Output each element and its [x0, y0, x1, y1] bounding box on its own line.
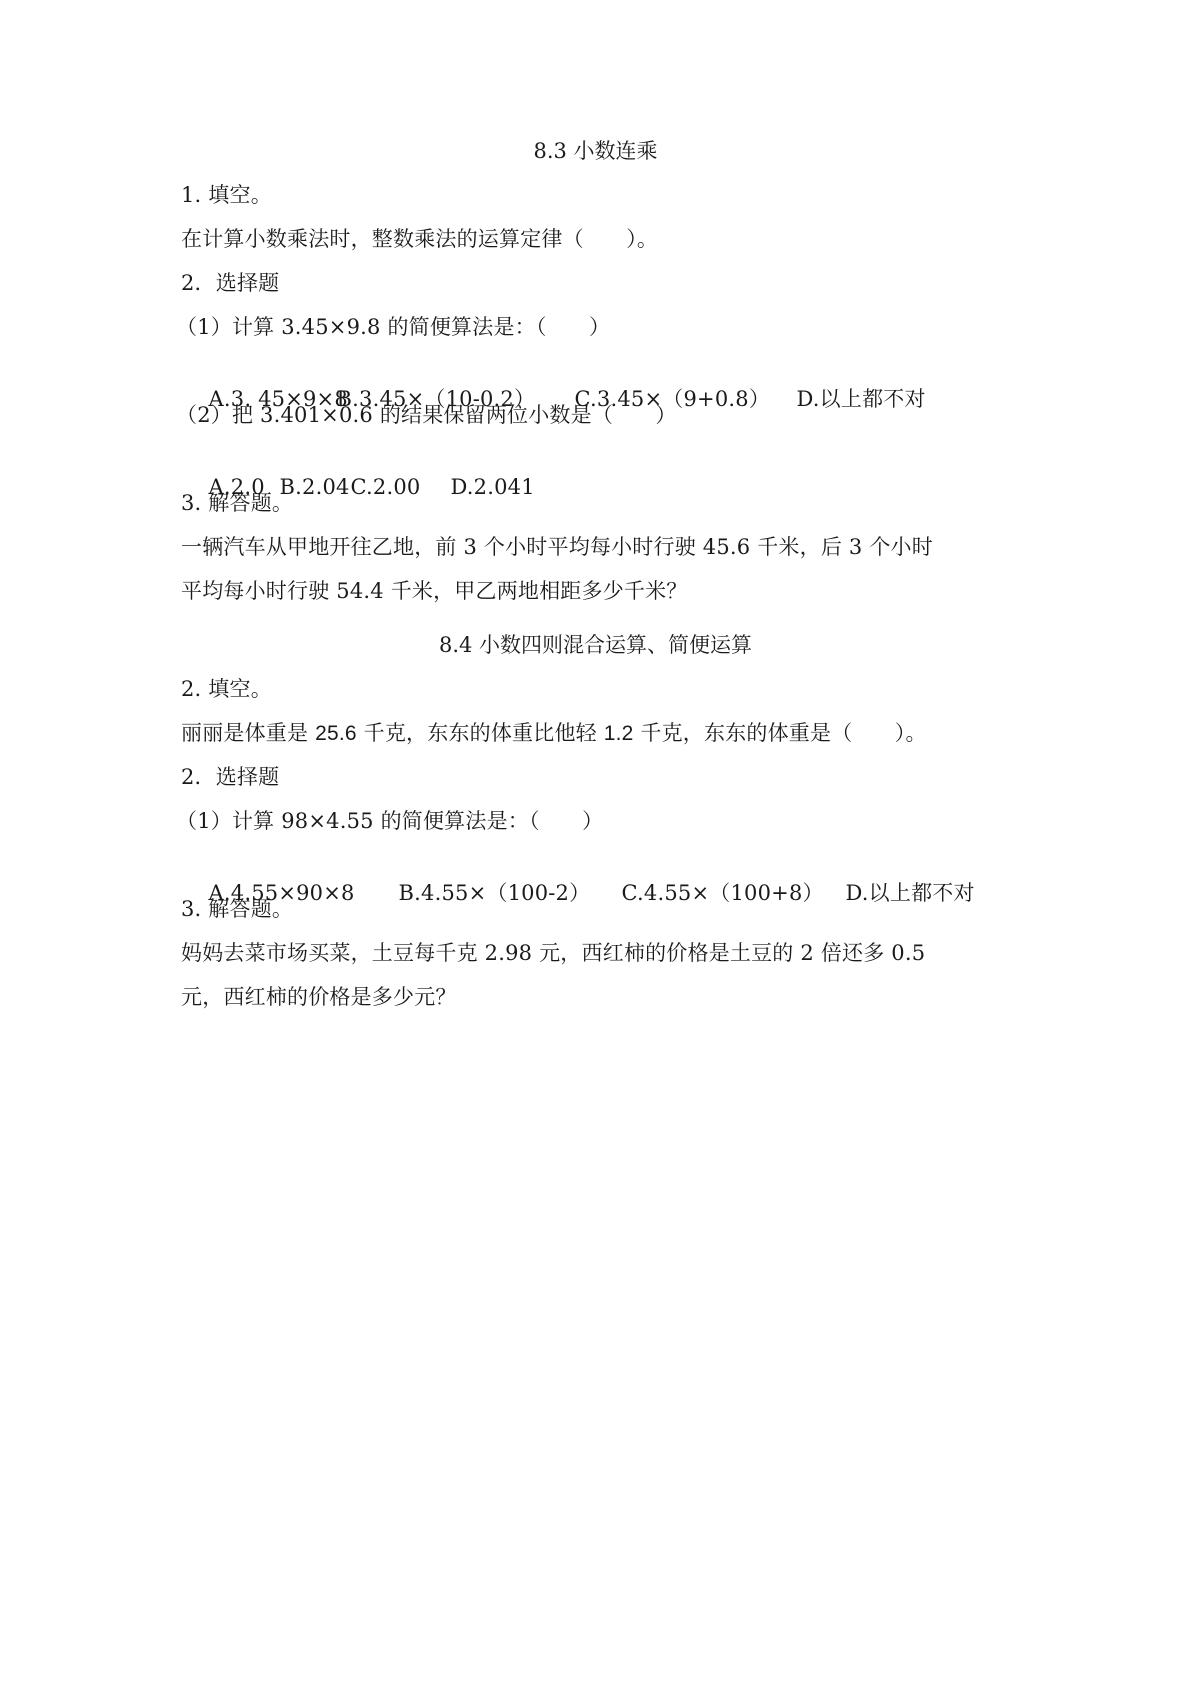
fill-text: 丽丽是体重是	[181, 721, 315, 745]
fill-text: 千克，东东的体重是（ ）。	[634, 721, 927, 745]
difference-value: 1.2	[604, 722, 634, 745]
choice-heading: 2．选择题	[181, 269, 279, 297]
option-b: B.4.55×（100-2）	[399, 879, 622, 907]
answer-question-line-1: 一辆汽车从甲地开往乙地，前 3 个小时平均每小时行驶 45.6 千米，后 3 个…	[181, 533, 933, 561]
choice-options-1: A.4.55×90×8B.4.55×（100-2）C.4.55×（100+8）D…	[181, 851, 975, 935]
option-c: C.4.55×（100+8）	[622, 879, 846, 907]
fill-heading: 1. 填空。	[181, 181, 272, 209]
option-d: D.以上都不对	[846, 879, 975, 907]
document-page: 8.3 小数连乘 1. 填空。 在计算小数乘法时，整数乘法的运算定律（ ）。 2…	[0, 0, 1191, 1684]
answer-question-line-1: 妈妈去菜市场买菜，土豆每千克 2.98 元，西红柿的价格是土豆的 2 倍还多 0…	[181, 939, 925, 967]
option-c: C.2.00	[351, 473, 451, 501]
answer-question-line-2: 平均每小时行驶 54.4 千米，甲乙两地相距多少千米？	[181, 577, 688, 605]
option-d: D.以上都不对	[797, 385, 926, 413]
fill-text: 千克，东东的体重比他轻	[357, 721, 604, 745]
section-title-8-3: 8.3 小数连乘	[0, 137, 1191, 165]
weight-value: 25.6	[315, 722, 357, 745]
answer-heading: 3. 解答题。	[181, 895, 293, 923]
choice-question-1: （1）计算 98×4.55 的简便算法是：（ ）	[176, 807, 603, 835]
fill-question: 在计算小数乘法时，整数乘法的运算定律（ ）。	[181, 225, 658, 253]
choice-question-2: （2）把 3.401×0.6 的结果保留两位小数是（ ）	[176, 401, 677, 429]
answer-question-line-2: 元，西红柿的价格是多少元？	[181, 983, 457, 1011]
answer-heading: 3. 解答题。	[181, 489, 293, 517]
section-title-8-4: 8.4 小数四则混合运算、简便运算	[0, 631, 1191, 659]
choice-question-1: （1）计算 3.45×9.8 的简便算法是：（ ）	[176, 313, 610, 341]
fill-heading: 2. 填空。	[181, 675, 272, 703]
fill-question: 丽丽是体重是 25.6 千克，东东的体重比他轻 1.2 千克，东东的体重是（ ）…	[181, 719, 927, 748]
choice-heading: 2．选择题	[181, 763, 279, 791]
option-d: D.2.041	[451, 473, 535, 501]
